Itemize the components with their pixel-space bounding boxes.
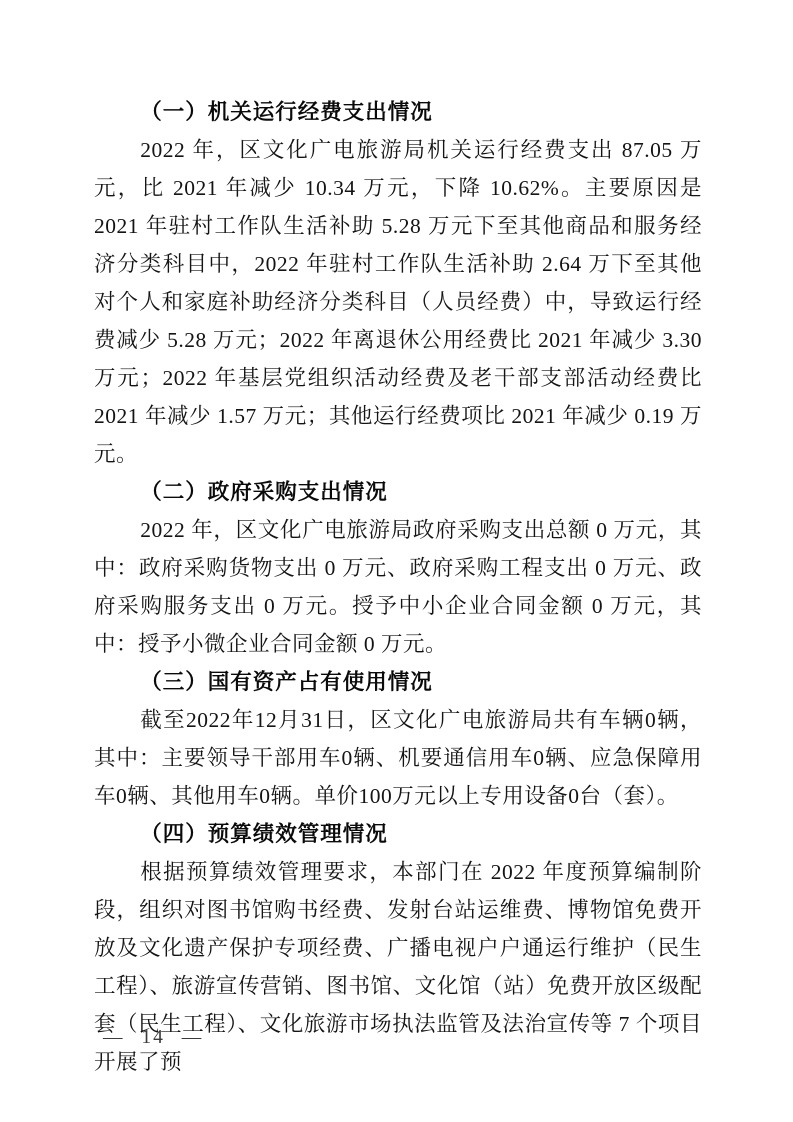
- document-page: （一）机关运行经费支出情况 2022 年，区文化广电旅游局机关运行经费支出 87…: [0, 0, 793, 1122]
- section-2-paragraph: 2022 年，区文化广电旅游局政府采购支出总额 0 万元，其中：政府采购货物支出…: [94, 511, 702, 663]
- page-number: — 14 —: [103, 1027, 203, 1048]
- section-1-paragraph: 2022 年，区文化广电旅游局机关运行经费支出 87.05 万元，比 2021 …: [94, 131, 702, 473]
- section-3-heading: （三）国有资产占有使用情况: [94, 663, 702, 701]
- section-2-heading: （二）政府采购支出情况: [94, 473, 702, 511]
- page-footer: — 14 —: [103, 1023, 203, 1053]
- section-government-procurement: （二）政府采购支出情况 2022 年，区文化广电旅游局政府采购支出总额 0 万元…: [94, 473, 702, 663]
- section-agency-operating-expenses: （一）机关运行经费支出情况 2022 年，区文化广电旅游局机关运行经费支出 87…: [94, 93, 702, 473]
- section-3-paragraph: 截至2022年12月31日，区文化广电旅游局共有车辆0辆，其中：主要领导干部用车…: [94, 701, 702, 815]
- section-1-heading: （一）机关运行经费支出情况: [94, 93, 702, 131]
- section-4-heading: （四）预算绩效管理情况: [94, 815, 702, 853]
- document-content: （一）机关运行经费支出情况 2022 年，区文化广电旅游局机关运行经费支出 87…: [94, 93, 702, 1081]
- section-state-owned-assets: （三）国有资产占有使用情况 截至2022年12月31日，区文化广电旅游局共有车辆…: [94, 663, 702, 815]
